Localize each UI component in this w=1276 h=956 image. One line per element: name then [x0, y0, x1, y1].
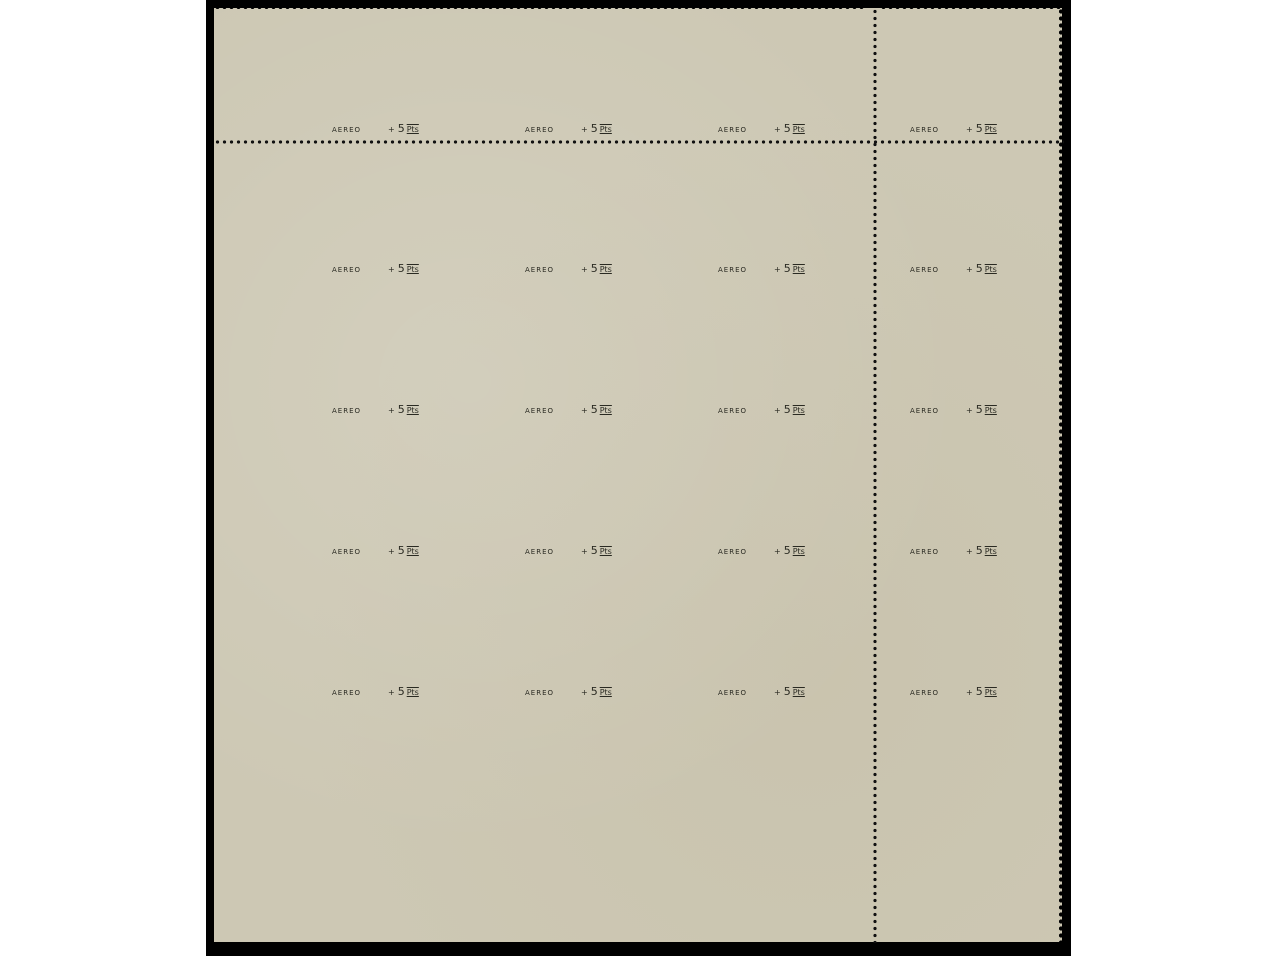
overprint: AEREO+5Pts	[332, 262, 419, 275]
overprint: AEREO+5Pts	[910, 544, 997, 557]
overprint-label: AEREO	[910, 548, 966, 556]
overprint: AEREO+5Pts	[332, 544, 419, 557]
horizontal-perforation	[214, 140, 1064, 144]
overprint: AEREO+5Pts	[910, 262, 997, 275]
overprint-value: +5Pts	[581, 403, 612, 416]
overprint-label: AEREO	[332, 126, 388, 134]
overprint-label: AEREO	[332, 689, 388, 697]
overprint-label: AEREO	[910, 689, 966, 697]
overprint-value: +5Pts	[966, 262, 997, 275]
overprint: AEREO+5Pts	[525, 685, 612, 698]
overprint: AEREO+5Pts	[332, 122, 419, 135]
overprint-value: +5Pts	[966, 403, 997, 416]
overprint-label: AEREO	[718, 126, 774, 134]
overprint-label: AEREO	[525, 689, 581, 697]
overprint-label: AEREO	[525, 548, 581, 556]
overprint: AEREO+5Pts	[332, 403, 419, 416]
overprint-value: +5Pts	[774, 122, 805, 135]
overprint-value: +5Pts	[774, 544, 805, 557]
overprint-value: +5Pts	[581, 685, 612, 698]
overprint-value: +5Pts	[966, 544, 997, 557]
overprint-label: AEREO	[718, 266, 774, 274]
overprint-label: AEREO	[718, 548, 774, 556]
overprint-label: AEREO	[332, 266, 388, 274]
overprint-value: +5Pts	[388, 262, 419, 275]
overprint: AEREO+5Pts	[718, 262, 805, 275]
overprint-value: +5Pts	[388, 544, 419, 557]
overprint-value: +5Pts	[388, 685, 419, 698]
overprint: AEREO+5Pts	[525, 262, 612, 275]
overprint-value: +5Pts	[581, 122, 612, 135]
overprint-label: AEREO	[910, 126, 966, 134]
vertical-perforation	[873, 8, 877, 943]
overprint-label: AEREO	[910, 266, 966, 274]
overprint-label: AEREO	[525, 126, 581, 134]
overprint-label: AEREO	[718, 689, 774, 697]
overprint-value: +5Pts	[388, 122, 419, 135]
overprint: AEREO+5Pts	[718, 544, 805, 557]
overprint-value: +5Pts	[388, 403, 419, 416]
overprint-value: +5Pts	[581, 544, 612, 557]
overprint: AEREO+5Pts	[910, 685, 997, 698]
overprint-value: +5Pts	[966, 122, 997, 135]
overprint: AEREO+5Pts	[910, 403, 997, 416]
overprint: AEREO+5Pts	[525, 403, 612, 416]
overprint-label: AEREO	[332, 548, 388, 556]
overprint-value: +5Pts	[581, 262, 612, 275]
overprint-value: +5Pts	[774, 403, 805, 416]
overprint-label: AEREO	[332, 407, 388, 415]
top-perforation-edge	[214, 4, 864, 10]
overprint: AEREO+5Pts	[525, 122, 612, 135]
overprint: AEREO+5Pts	[718, 403, 805, 416]
overprint-value: +5Pts	[966, 685, 997, 698]
overprint: AEREO+5Pts	[332, 685, 419, 698]
top-perforation-edge-right	[880, 4, 1060, 10]
overprint-label: AEREO	[910, 407, 966, 415]
overprint-label: AEREO	[525, 407, 581, 415]
right-perforation-edge	[1058, 8, 1064, 943]
overprint-label: AEREO	[718, 407, 774, 415]
overprint-value: +5Pts	[774, 262, 805, 275]
overprint: AEREO+5Pts	[525, 544, 612, 557]
overprint-value: +5Pts	[774, 685, 805, 698]
overprint: AEREO+5Pts	[910, 122, 997, 135]
overprint: AEREO+5Pts	[718, 122, 805, 135]
overprint-label: AEREO	[525, 266, 581, 274]
overprint: AEREO+5Pts	[718, 685, 805, 698]
stamp-sheet	[214, 8, 1062, 942]
